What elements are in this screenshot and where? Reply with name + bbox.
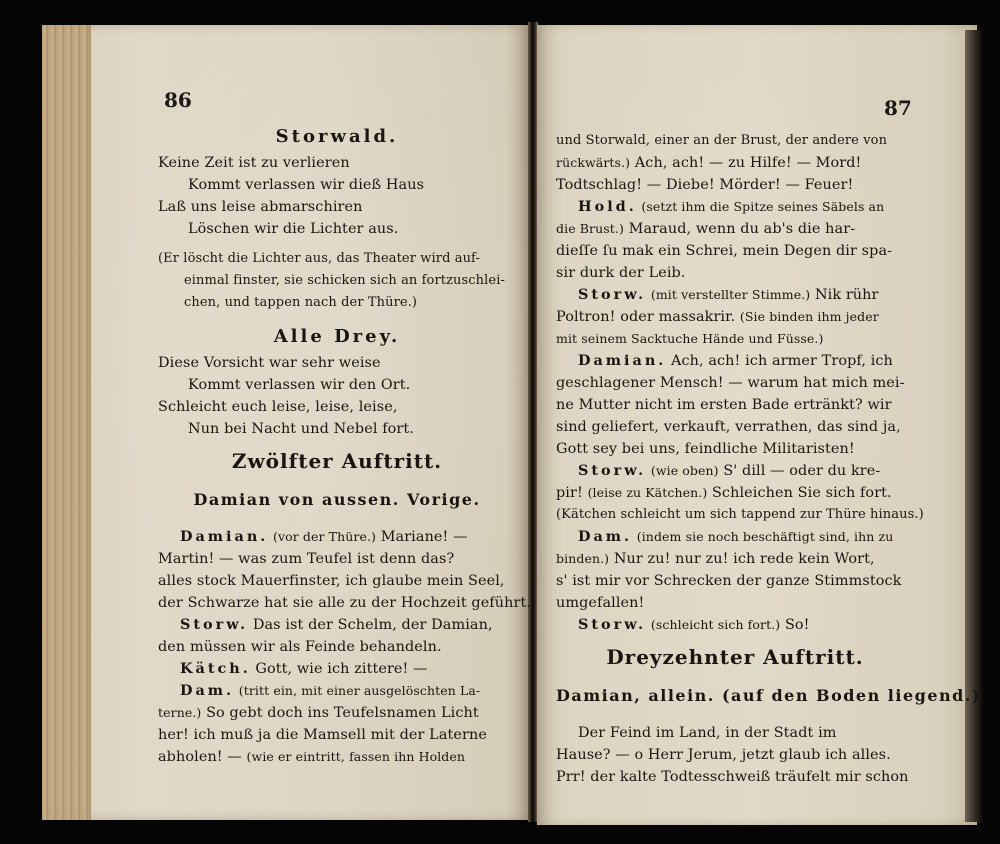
stage-direction: (wie er eintritt, fassen ihn Holden bbox=[247, 749, 466, 764]
line-text: Hause? — o Herr Jerum, jetzt glaub ich a… bbox=[556, 747, 891, 763]
text-line: Gott sey bei uns, feindliche Militariste… bbox=[556, 438, 914, 460]
line-text: Gott sey bei uns, feindliche Militariste… bbox=[556, 441, 855, 457]
speaker-name: Kätch. bbox=[180, 660, 251, 677]
line-text: Kommt verlassen wir dieß Haus bbox=[188, 177, 424, 193]
speaker-name: Damian. bbox=[180, 528, 268, 545]
text-line: Nun bei Nacht und Nebel fort. bbox=[158, 418, 516, 440]
page-number-left: 86 bbox=[164, 88, 192, 112]
line-text: Storwald. bbox=[276, 126, 399, 147]
line-text: sir durk der Leib. bbox=[556, 265, 686, 281]
speaker-name: Dam. bbox=[578, 528, 632, 545]
text-line: sind geliefert, verkauft, verrathen, das… bbox=[556, 416, 914, 438]
stage-direction: (indem sie noch beschäftigt sind, ihn zu bbox=[637, 529, 894, 544]
line-text: Schleicht euch leise, leise, leise, bbox=[158, 399, 398, 415]
line-text: Ach, ach! — zu Hilfe! — Mord! bbox=[630, 155, 861, 171]
line-text: Dreyzehnter Auftritt. bbox=[606, 645, 863, 669]
text-line: Damian. (vor der Thüre.) Mariane! — bbox=[158, 526, 516, 548]
text-line: abholen! — (wie er eintritt, fassen ihn … bbox=[158, 746, 516, 768]
text-line: ne Mutter nicht im ersten Bade ertränkt?… bbox=[556, 394, 914, 416]
text-line: umgefallen! bbox=[556, 592, 914, 614]
line-text: Mariane! — bbox=[376, 529, 468, 545]
line-text: (Kätchen schleicht um sich tappend zur T… bbox=[556, 507, 924, 522]
text-line: Laß uns leise abmarschiren bbox=[158, 196, 516, 218]
text-line: (Kätchen schleicht um sich tappend zur T… bbox=[556, 504, 914, 526]
text-line: Damian. Ach, ach! ich armer Tropf, ich bbox=[556, 350, 914, 372]
stage-direction: (tritt ein, mit einer ausgelöschten La- bbox=[239, 683, 481, 698]
text-line: Schleicht euch leise, leise, leise, bbox=[158, 396, 516, 418]
line-text: Nik rühr bbox=[810, 287, 878, 303]
text-line: Damian von aussen. Vorige. bbox=[158, 482, 516, 518]
stage-direction: (mit verstellter Stimme.) bbox=[651, 287, 810, 302]
text-line: den müssen wir als Feinde behandeln. bbox=[158, 636, 516, 658]
text-line: Der Feind im Land, in der Stadt im bbox=[556, 722, 914, 744]
text-line: Storw. (mit verstellter Stimme.) Nik rüh… bbox=[556, 284, 914, 306]
text-line: s' ist mir vor Schrecken der ganze Stimm… bbox=[556, 570, 914, 592]
text-line: binden.) Nur zu! nur zu! ich rede kein W… bbox=[556, 548, 914, 570]
speaker-name: Storw. bbox=[180, 616, 248, 633]
text-line: (Er löscht die Lichter aus, das Theater … bbox=[158, 248, 516, 270]
stage-direction: binden.) bbox=[556, 551, 609, 566]
line-text: dieſſe ſu mak ein Schrei, mein Degen dir… bbox=[556, 243, 892, 259]
line-text: Das ist der Schelm, der Damian, bbox=[248, 617, 492, 633]
line-text: den müssen wir als Feinde behandeln. bbox=[158, 639, 442, 655]
line-text: Der Feind im Land, in der Stadt im bbox=[578, 725, 837, 741]
text-line: Prr! der kalte Todtesschweiß träufelt mi… bbox=[556, 766, 914, 788]
text-line: Zwölfter Auftritt. bbox=[158, 440, 516, 482]
line-text: Ach, ach! ich armer Tropf, ich bbox=[666, 353, 893, 369]
line-text: S' dill — oder du kre- bbox=[719, 463, 881, 479]
line-text: Maraud, wenn du ab's die har- bbox=[624, 221, 855, 237]
stage-direction: (leise zu Kätchen.) bbox=[588, 485, 708, 500]
text-line: Martin! — was zum Teufel ist denn das? bbox=[158, 548, 516, 570]
text-line: Dam. (tritt ein, mit einer ausgelöschten… bbox=[158, 680, 516, 702]
line-text: sind geliefert, verkauft, verrathen, das… bbox=[556, 419, 901, 435]
text-line: rückwärts.) Ach, ach! — zu Hilfe! — Mord… bbox=[556, 152, 914, 174]
line-text: umgefallen! bbox=[556, 595, 644, 611]
text-line: Todtschlag! — Diebe! Mörder! — Feuer! bbox=[556, 174, 914, 196]
stage-direction: (Sie binden ihm jeder bbox=[740, 309, 879, 324]
line-text: Keine Zeit ist zu verlieren bbox=[158, 155, 350, 171]
stage-direction: (vor der Thüre.) bbox=[273, 529, 376, 544]
line-text: der Schwarze hat sie alle zu der Hochzei… bbox=[158, 595, 531, 611]
line-text: Kommt verlassen wir den Ort. bbox=[188, 377, 410, 393]
line-text: Gott, wie ich zittere! — bbox=[251, 661, 428, 677]
line-text: Poltron! oder massakrir. bbox=[556, 309, 740, 325]
line-text: einmal finster, sie schicken sich an for… bbox=[184, 273, 505, 288]
line-text: Damian, allein. (auf den Boden liegend.) bbox=[556, 686, 981, 705]
left-page-text: Storwald.Keine Zeit ist zu verlierenKomm… bbox=[158, 122, 516, 768]
line-text: Nur zu! nur zu! ich rede kein Wort, bbox=[609, 551, 875, 567]
speaker-name: Storw. bbox=[578, 286, 646, 303]
stage-direction: mit seinem Sacktuche Hände und Füsse.) bbox=[556, 331, 823, 346]
line-text: s' ist mir vor Schrecken der ganze Stimm… bbox=[556, 573, 902, 589]
line-text: her! ich muß ja die Mamsell mit der Late… bbox=[158, 727, 487, 743]
line-text: Prr! der kalte Todtesschweiß träufelt mi… bbox=[556, 769, 909, 785]
text-line: Löschen wir die Lichter aus. bbox=[158, 218, 516, 240]
speaker-name: Storw. bbox=[578, 616, 646, 633]
text-line: Diese Vorsicht war sehr weise bbox=[158, 352, 516, 374]
stage-direction: (schleicht sich fort.) bbox=[651, 617, 780, 632]
line-text: (Er löscht die Lichter aus, das Theater … bbox=[158, 251, 480, 266]
text-line: Damian, allein. (auf den Boden liegend.) bbox=[556, 678, 914, 714]
line-text: Diese Vorsicht war sehr weise bbox=[158, 355, 381, 371]
speaker-name: Hold. bbox=[578, 198, 637, 215]
text-line: her! ich muß ja die Mamsell mit der Late… bbox=[158, 724, 516, 746]
text-line: sir durk der Leib. bbox=[556, 262, 914, 284]
text-line: Keine Zeit ist zu verlieren bbox=[158, 152, 516, 174]
line-text: Laß uns leise abmarschiren bbox=[158, 199, 363, 215]
line-text: Schleichen Sie sich fort. bbox=[707, 485, 891, 501]
line-text: geschlagener Mensch! — warum hat mich me… bbox=[556, 375, 905, 391]
text-line: Alle Drey. bbox=[158, 322, 516, 352]
page-number-right: 87 bbox=[884, 96, 912, 120]
text-line: Storwald. bbox=[158, 122, 516, 152]
line-text: chen, und tappen nach der Thüre.) bbox=[184, 295, 417, 310]
line-text: Nun bei Nacht und Nebel fort. bbox=[188, 421, 414, 437]
line-text: abholen! — bbox=[158, 749, 247, 765]
open-book: 86 87 Storwald.Keine Zeit ist zu verlier… bbox=[0, 0, 1000, 844]
line-text: Löschen wir die Lichter aus. bbox=[188, 221, 398, 237]
text-line: Hold. (setzt ihm die Spitze seines Säbel… bbox=[556, 196, 914, 218]
speaker-name: Damian. bbox=[578, 352, 666, 369]
text-line: Kätch. Gott, wie ich zittere! — bbox=[158, 658, 516, 680]
line-text: So gebt doch ins Teufelsnamen Licht bbox=[201, 705, 478, 721]
text-line: Kommt verlassen wir dieß Haus bbox=[158, 174, 516, 196]
line-text: alles stock Mauerfinster, ich glaube mei… bbox=[158, 573, 505, 589]
line-text: So! bbox=[780, 617, 809, 633]
text-line: Hause? — o Herr Jerum, jetzt glaub ich a… bbox=[556, 744, 914, 766]
stage-direction: (setzt ihm die Spitze seines Säbels an bbox=[641, 199, 884, 214]
line-text: Martin! — was zum Teufel ist denn das? bbox=[158, 551, 454, 567]
text-line: der Schwarze hat sie alle zu der Hochzei… bbox=[158, 592, 516, 614]
text-line: die Brust.) Maraud, wenn du ab's die har… bbox=[556, 218, 914, 240]
stage-direction: terne.) bbox=[158, 705, 201, 720]
speaker-name: Storw. bbox=[578, 462, 646, 479]
text-line: Storw. Das ist der Schelm, der Damian, bbox=[158, 614, 516, 636]
text-line: terne.) So gebt doch ins Teufelsnamen Li… bbox=[158, 702, 516, 724]
text-line: mit seinem Sacktuche Hände und Füsse.) bbox=[556, 328, 914, 350]
text-line: einmal finster, sie schicken sich an for… bbox=[158, 270, 516, 292]
stage-direction: (wie oben) bbox=[651, 463, 719, 478]
line-text: und Storwald, einer an der Brust, der an… bbox=[556, 133, 887, 148]
text-line: Storw. (wie oben) S' dill — oder du kre- bbox=[556, 460, 914, 482]
right-page-text: und Storwald, einer an der Brust, der an… bbox=[556, 130, 914, 788]
left-page-edges bbox=[42, 25, 91, 820]
text-line: geschlagener Mensch! — warum hat mich me… bbox=[556, 372, 914, 394]
text-line: Poltron! oder massakrir. (Sie binden ihm… bbox=[556, 306, 914, 328]
text-line: Kommt verlassen wir den Ort. bbox=[158, 374, 516, 396]
text-line: alles stock Mauerfinster, ich glaube mei… bbox=[158, 570, 516, 592]
speaker-name: Dam. bbox=[180, 682, 234, 699]
line-text: Zwölfter Auftritt. bbox=[232, 449, 442, 473]
stage-direction: rückwärts.) bbox=[556, 155, 630, 170]
line-text: pir! bbox=[556, 485, 588, 501]
text-line: Dam. (indem sie noch beschäftigt sind, i… bbox=[556, 526, 914, 548]
text-line: chen, und tappen nach der Thüre.) bbox=[158, 292, 516, 314]
text-line: Dreyzehnter Auftritt. bbox=[556, 636, 914, 678]
line-text: Todtschlag! — Diebe! Mörder! — Feuer! bbox=[556, 177, 853, 193]
text-line: Storw. (schleicht sich fort.) So! bbox=[556, 614, 914, 636]
line-text: Alle Drey. bbox=[274, 326, 401, 347]
stage-direction: die Brust.) bbox=[556, 221, 624, 236]
text-line: pir! (leise zu Kätchen.) Schleichen Sie … bbox=[556, 482, 914, 504]
text-line: und Storwald, einer an der Brust, der an… bbox=[556, 130, 914, 152]
text-line: dieſſe ſu mak ein Schrei, mein Degen dir… bbox=[556, 240, 914, 262]
line-text: Damian von aussen. Vorige. bbox=[193, 490, 480, 509]
line-text: ne Mutter nicht im ersten Bade ertränkt?… bbox=[556, 397, 892, 413]
